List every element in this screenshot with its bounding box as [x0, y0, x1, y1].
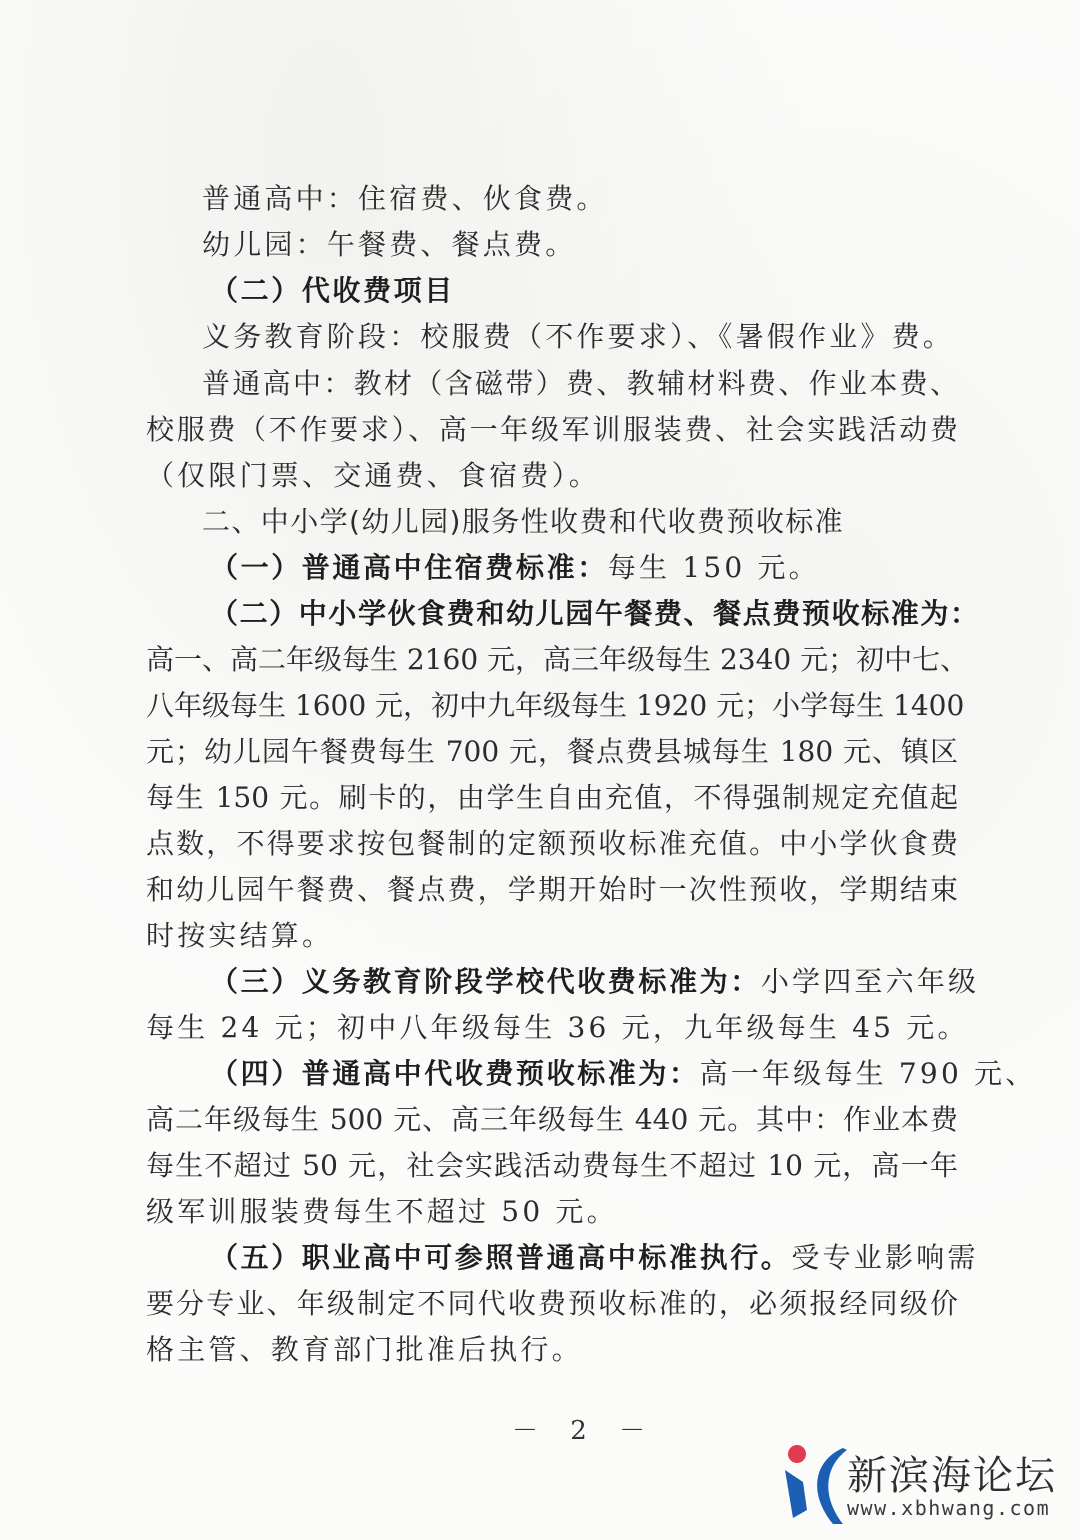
- line-text: 每生不超过 50 元，社会实践活动费每生不超过 10 元，高一年: [146, 1149, 958, 1182]
- text-line: 高一、高二年级每生 2160 元，高三年级每生 2340 元；初中七、: [146, 637, 958, 683]
- document-page: 普通高中：住宿费、伙食费。 幼儿园：午餐费、餐点费。 （二）代收费项目 义务教育…: [0, 0, 1080, 1540]
- text-line: 时按实结算。: [146, 913, 958, 959]
- line-text: 高二年级每生 500 元、高三年级每生 440 元。其中：作业本费: [146, 1103, 958, 1136]
- section-heading: （二）代收费项目: [210, 268, 1022, 314]
- text-line: （三）义务教育阶段学校代收费标准为：小学四至六年级: [210, 959, 958, 1005]
- line-text: （仅限门票、交通费、食宿费）。: [146, 459, 600, 492]
- line-text: 点数，不得要求按包餐制的定额预收标准充值。中小学伙食费: [146, 827, 958, 860]
- forum-logo-icon: [785, 1440, 850, 1525]
- line-text: 幼儿园：午餐费、餐点费。: [202, 228, 576, 261]
- line-text: 元；幼儿园午餐费每生 700 元，餐点费县城每生 180 元、镇区: [146, 735, 958, 768]
- text-line: （二）中小学伙食费和幼儿园午餐费、餐点费预收标准为：: [210, 591, 958, 637]
- subheading-text: （三）义务教育阶段学校代收费标准为：: [210, 965, 761, 998]
- logo-url: www.xbhwang.com: [847, 1496, 1050, 1520]
- text-line: 每生 150 元。刷卡的，由学生自由充值，不得强制规定充值起: [146, 775, 958, 821]
- subheading-text: （二）中小学伙食费和幼儿园午餐费、餐点费预收标准为：: [210, 597, 980, 630]
- heading-text: 二、中小学(幼儿园)服务性收费和代收费预收标准: [202, 505, 844, 538]
- line-text: 每生 150 元。: [608, 551, 820, 584]
- text-line: （四）普通高中代收费预收标准为：高一年级每生 790 元、: [210, 1051, 958, 1097]
- text-line: 格主管、教育部门批准后执行。: [146, 1327, 958, 1373]
- text-line: （仅限门票、交通费、食宿费）。: [146, 453, 958, 499]
- line-text: 八年级每生 1600 元，初中九年级每生 1920 元；小学每生 1400: [146, 689, 964, 722]
- text-line: 要分专业、年级制定不同代收费预收标准的，必须报经同级价: [146, 1281, 958, 1327]
- page-number: － 2 －: [512, 1410, 657, 1447]
- text-line: 八年级每生 1600 元，初中九年级每生 1920 元；小学每生 1400: [146, 683, 958, 729]
- watermark-logo: 新滨海论坛 www.xbhwang.com: [785, 1440, 1075, 1525]
- text-line: 和幼儿园午餐费、餐点费，学期开始时一次性预收，学期结束: [146, 867, 958, 913]
- line-text: 受专业影响需: [791, 1241, 978, 1274]
- subheading-text: （一）普通高中住宿费标准：: [210, 551, 608, 584]
- text-line: 元；幼儿园午餐费每生 700 元，餐点费县城每生 180 元、镇区: [146, 729, 958, 775]
- text-line: 高二年级每生 500 元、高三年级每生 440 元。其中：作业本费: [146, 1097, 958, 1143]
- heading-text: （二）代收费项目: [210, 274, 455, 307]
- line-text: 和幼儿园午餐费、餐点费，学期开始时一次性预收，学期结束: [146, 873, 958, 906]
- line-text: 高一、高二年级每生 2160 元，高三年级每生 2340 元；初中七、: [146, 643, 968, 676]
- text-line: 义务教育阶段：校服费（不作要求）、《暑假作业》费。: [202, 314, 958, 360]
- line-text: 要分专业、年级制定不同代收费预收标准的，必须报经同级价: [146, 1287, 958, 1320]
- line-text: 小学四至六年级: [761, 965, 979, 998]
- line-text: 时按实结算。: [146, 919, 333, 952]
- subheading-text: （四）普通高中代收费预收标准为：: [210, 1057, 700, 1090]
- subheading-text: （五）职业高中可参照普通高中标准执行。: [210, 1241, 791, 1274]
- line-text: 每生 150 元。刷卡的，由学生自由充值，不得强制规定充值起: [146, 781, 958, 814]
- section-heading: 二、中小学(幼儿园)服务性收费和代收费预收标准: [202, 499, 958, 545]
- text-line: 点数，不得要求按包餐制的定额预收标准充值。中小学伙食费: [146, 821, 958, 867]
- text-line: （五）职业高中可参照普通高中标准执行。受专业影响需: [210, 1235, 958, 1281]
- logo-title: 新滨海论坛: [847, 1444, 1057, 1501]
- line-text: 格主管、教育部门批准后执行。: [146, 1333, 583, 1366]
- text-line: 每生不超过 50 元，社会实践活动费每生不超过 10 元，高一年: [146, 1143, 958, 1189]
- line-text: 级军训服装费每生不超过 50 元。: [146, 1195, 618, 1228]
- line-text: 每生 24 元；初中八年级每生 36 元，九年级每生 45 元。: [146, 1011, 969, 1044]
- text-line: 普通高中：教材（含磁带）费、教辅材料费、作业本费、: [202, 361, 958, 407]
- text-line: 级军训服装费每生不超过 50 元。: [146, 1189, 958, 1235]
- text-line: 幼儿园：午餐费、餐点费。: [202, 222, 958, 268]
- line-text: 普通高中：住宿费、伙食费。: [202, 182, 608, 215]
- text-line: 每生 24 元；初中八年级每生 36 元，九年级每生 45 元。: [146, 1005, 958, 1051]
- line-text: 校服费（不作要求）、高一年级军训服装费、社会实践活动费: [146, 413, 958, 446]
- line-text: 义务教育阶段：校服费（不作要求）、《暑假作业》费。: [202, 320, 954, 353]
- line-text: 普通高中：教材（含磁带）费、教辅材料费、作业本费、: [202, 367, 958, 400]
- line-text: 高一年级每生 790 元、: [700, 1057, 1037, 1090]
- text-line: 校服费（不作要求）、高一年级军训服装费、社会实践活动费: [146, 407, 958, 453]
- text-line: 普通高中：住宿费、伙食费。: [202, 176, 958, 222]
- text-line: （一）普通高中住宿费标准：每生 150 元。: [210, 545, 1022, 591]
